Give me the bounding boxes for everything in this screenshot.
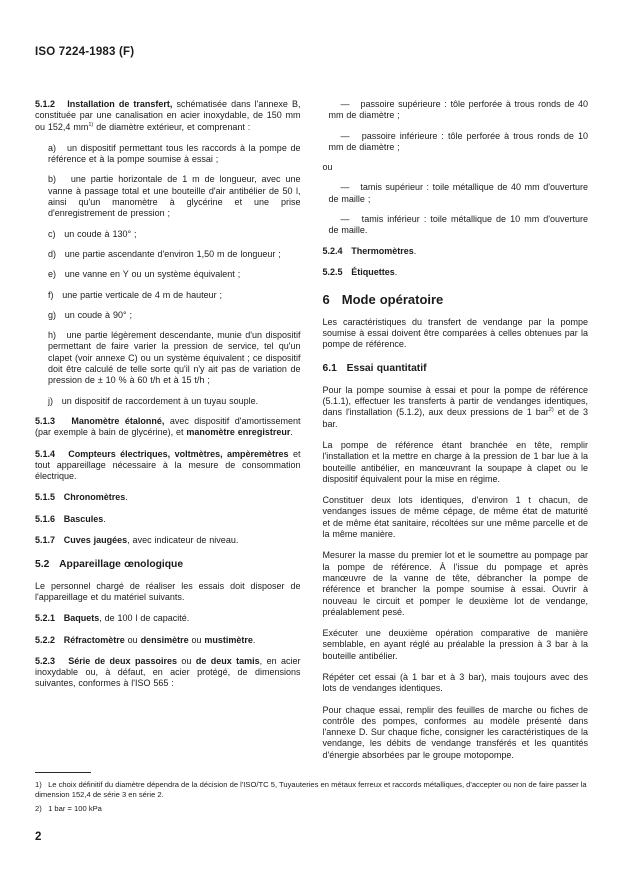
para-5-2-intro: Le personnel chargé de réaliser les essa… [35, 581, 301, 604]
para-6-1-c: Constituer deux lots identiques, d'envir… [323, 495, 589, 540]
dash-item-passoire-inferieure: — passoire inférieure : tôle perforée à … [329, 131, 589, 154]
dash-item-passoire-superieure: — passoire supérieure : tôle perforée à … [329, 99, 589, 122]
page-number: 2 [35, 831, 41, 843]
para-6-1-b: La pompe de référence étant branchée en … [323, 440, 589, 485]
clause-5-1-6: 5.1.6 Bascules. [35, 514, 301, 525]
para-6-intro: Les caractéristiques du transfert de ven… [323, 317, 589, 351]
clause-5-1-2: 5.1.2 Installation de transfert, schémat… [35, 99, 301, 133]
para-6-1-d: Mesurer la masse du premier lot et le so… [323, 550, 589, 618]
list-item-c: c) un coude à 130° ; [48, 229, 301, 240]
heading-6: 6 Mode opératoire [323, 294, 589, 305]
list-item-d: d) une partie ascendante d'environ 1,50 … [48, 249, 301, 260]
clause-5-1-3: 5.1.3 Manomètre étalonné, avec dispositi… [35, 416, 301, 439]
list-item-h: h) une partie légèrement descendante, mu… [48, 330, 301, 386]
para-6-1-f: Répéter cet essai (à 1 bar et à 3 bar), … [323, 672, 589, 695]
footnote-rule [35, 772, 91, 773]
two-column-content: 5.1.2 Installation de transfert, schémat… [35, 99, 588, 771]
document-page: ISO 7224-1983 (F) 5.1.2 Installation de … [0, 0, 620, 876]
dash-item-tamis-superieur: — tamis supérieur : toile métallique de … [329, 182, 589, 205]
para-6-1-a: Pour la pompe soumise à essai et pour la… [323, 385, 589, 430]
footnotes: 1) Le choix définitif du diamètre dépend… [35, 772, 588, 818]
list-item-j: j) un dispositif de raccordement à un tu… [48, 396, 301, 407]
list-item-e: e) une vanne en Y ou un système équivale… [48, 269, 301, 280]
right-column: — passoire supérieure : tôle perforée à … [323, 99, 589, 771]
clause-5-1-7: 5.1.7 Cuves jaugées, avec indicateur de … [35, 535, 301, 546]
connector-ou: ou [323, 162, 589, 173]
para-6-1-g: Pour chaque essai, remplir des feuilles … [323, 705, 589, 761]
clause-5-1-4: 5.1.4 Compteurs électriques, voltmètres,… [35, 449, 301, 483]
footnote-list: 1) Le choix définitif du diamètre dépend… [35, 780, 588, 814]
footnote-1: 1) Le choix définitif du diamètre dépend… [35, 780, 588, 800]
clause-5-2-2: 5.2.2 Réfractomètre ou densimètre ou mus… [35, 635, 301, 646]
document-reference-header: ISO 7224-1983 (F) [35, 46, 134, 58]
list-item-b: b) une partie horizontale de 1 m de long… [48, 174, 301, 219]
para-6-1-e: Exécuter une deuxième opération comparat… [323, 628, 589, 662]
dash-item-tamis-inferieur: — tamis inférieur : toile métallique de … [329, 214, 589, 237]
footnote-2: 2) 1 bar = 100 kPa [35, 804, 588, 814]
list-item-a: a) un dispositif permettant tous les rac… [48, 143, 301, 166]
list-item-g: g) un coude à 90° ; [48, 310, 301, 321]
clause-5-1-5: 5.1.5 Chronomètres. [35, 492, 301, 503]
heading-5-2: 5.2 Appareillage œnologique [35, 559, 301, 570]
clause-5-2-4: 5.2.4 Thermomètres. [323, 246, 589, 257]
clause-5-2-5: 5.2.5 Étiquettes. [323, 267, 589, 278]
heading-6-1: 6.1 Essai quantitatif [323, 363, 589, 374]
list-item-f: f) une partie verticale de 4 m de hauteu… [48, 290, 301, 301]
clause-5-2-3: 5.2.3 Série de deux passoires ou de deux… [35, 656, 301, 690]
left-column: 5.1.2 Installation de transfert, schémat… [35, 99, 301, 771]
clause-5-2-1: 5.2.1 Baquets, de 100 l de capacité. [35, 613, 301, 624]
